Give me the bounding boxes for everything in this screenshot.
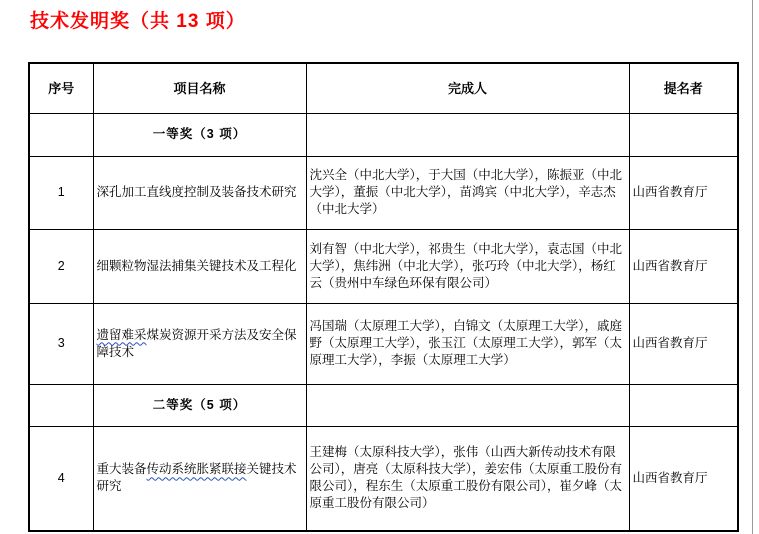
table-row: 2细颗粒物湿法捕集关键技术及工程化刘有智（中北大学），祁贵生（中北大学），袁志国… — [29, 229, 738, 303]
awards-table: 序号 项目名称 完成人 提名者 一等奖（3 项）1深孔加工直线度控制及装备技术研… — [28, 62, 739, 532]
table-row: 3遗留难采煤炭资源开采方法及安全保障技术冯国瑞（太原理工大学），白锦文（太原理工… — [29, 303, 738, 384]
section-empty-completers-cell — [306, 113, 629, 156]
nominator-cell: 山西省教育厅 — [629, 229, 738, 303]
section-empty-completers-cell — [306, 384, 629, 426]
document-page: 技术发明奖（共 13 项） 序号 项目名称 完成人 提名者 一等奖（3 项）1深… — [0, 0, 759, 534]
col-header-project: 项目名称 — [93, 63, 306, 113]
section-empty-nominator-cell — [629, 113, 738, 156]
row-number-cell: 4 — [29, 426, 93, 531]
project-name-cell: 细颗粒物湿法捕集关键技术及工程化 — [93, 229, 306, 303]
section-row: 二等奖（5 项） — [29, 384, 738, 426]
completers-cell: 刘有智（中北大学），祁贵生（中北大学），袁志国（中北大学），焦纬洲（中北大学），… — [306, 229, 629, 303]
table-header-row: 序号 项目名称 完成人 提名者 — [29, 63, 738, 113]
col-header-no: 序号 — [29, 63, 93, 113]
row-number-cell: 1 — [29, 156, 93, 229]
nominator-cell: 山西省教育厅 — [629, 303, 738, 384]
table-body: 一等奖（3 项）1深孔加工直线度控制及装备技术研究沈兴全（中北大学），于大国（中… — [29, 113, 738, 531]
project-name-text: 重大装备 — [97, 462, 147, 476]
row-number-cell: 2 — [29, 229, 93, 303]
project-name-text: 细颗粒物湿法捕集关键技术及工程化 — [97, 259, 297, 273]
completers-cell: 王建梅（太原科技大学），张伟（山西大新传动技术有限公司），唐亮（太原科技大学），… — [306, 426, 629, 531]
nominator-cell: 山西省教育厅 — [629, 426, 738, 531]
section-empty-no-cell — [29, 384, 93, 426]
project-name-cell: 重大装备传动系统胀紧联接关键技术研究 — [93, 426, 306, 531]
col-header-completers: 完成人 — [306, 63, 629, 113]
section-row: 一等奖（3 项） — [29, 113, 738, 156]
table-row: 4重大装备传动系统胀紧联接关键技术研究王建梅（太原科技大学），张伟（山西大新传动… — [29, 426, 738, 531]
project-name-cell: 深孔加工直线度控制及装备技术研究 — [93, 156, 306, 229]
completers-cell: 沈兴全（中北大学），于大国（中北大学），陈振亚（中北大学），董振（中北大学），苗… — [306, 156, 629, 229]
page-title: 技术发明奖（共 13 项） — [30, 6, 246, 33]
section-empty-nominator-cell — [629, 384, 738, 426]
section-label-cell: 二等奖（5 项） — [93, 384, 306, 426]
col-header-nominator: 提名者 — [629, 63, 738, 113]
page-edge-line — [752, 0, 753, 534]
row-number-cell: 3 — [29, 303, 93, 384]
nominator-cell: 山西省教育厅 — [629, 156, 738, 229]
section-label-cell: 一等奖（3 项） — [93, 113, 306, 156]
section-empty-no-cell — [29, 113, 93, 156]
spellcheck-squiggle-text: 遗留难采 — [97, 328, 147, 342]
completers-cell: 冯国瑞（太原理工大学），白锦文（太原理工大学），戚庭野（太原理工大学），张玉江（… — [306, 303, 629, 384]
table-row: 1深孔加工直线度控制及装备技术研究沈兴全（中北大学），于大国（中北大学），陈振亚… — [29, 156, 738, 229]
project-name-cell: 遗留难采煤炭资源开采方法及安全保障技术 — [93, 303, 306, 384]
project-name-text: 深孔加工直线度控制及装备技术研究 — [97, 185, 297, 199]
spellcheck-squiggle-text: 传动系统胀紧联接 — [147, 462, 247, 476]
